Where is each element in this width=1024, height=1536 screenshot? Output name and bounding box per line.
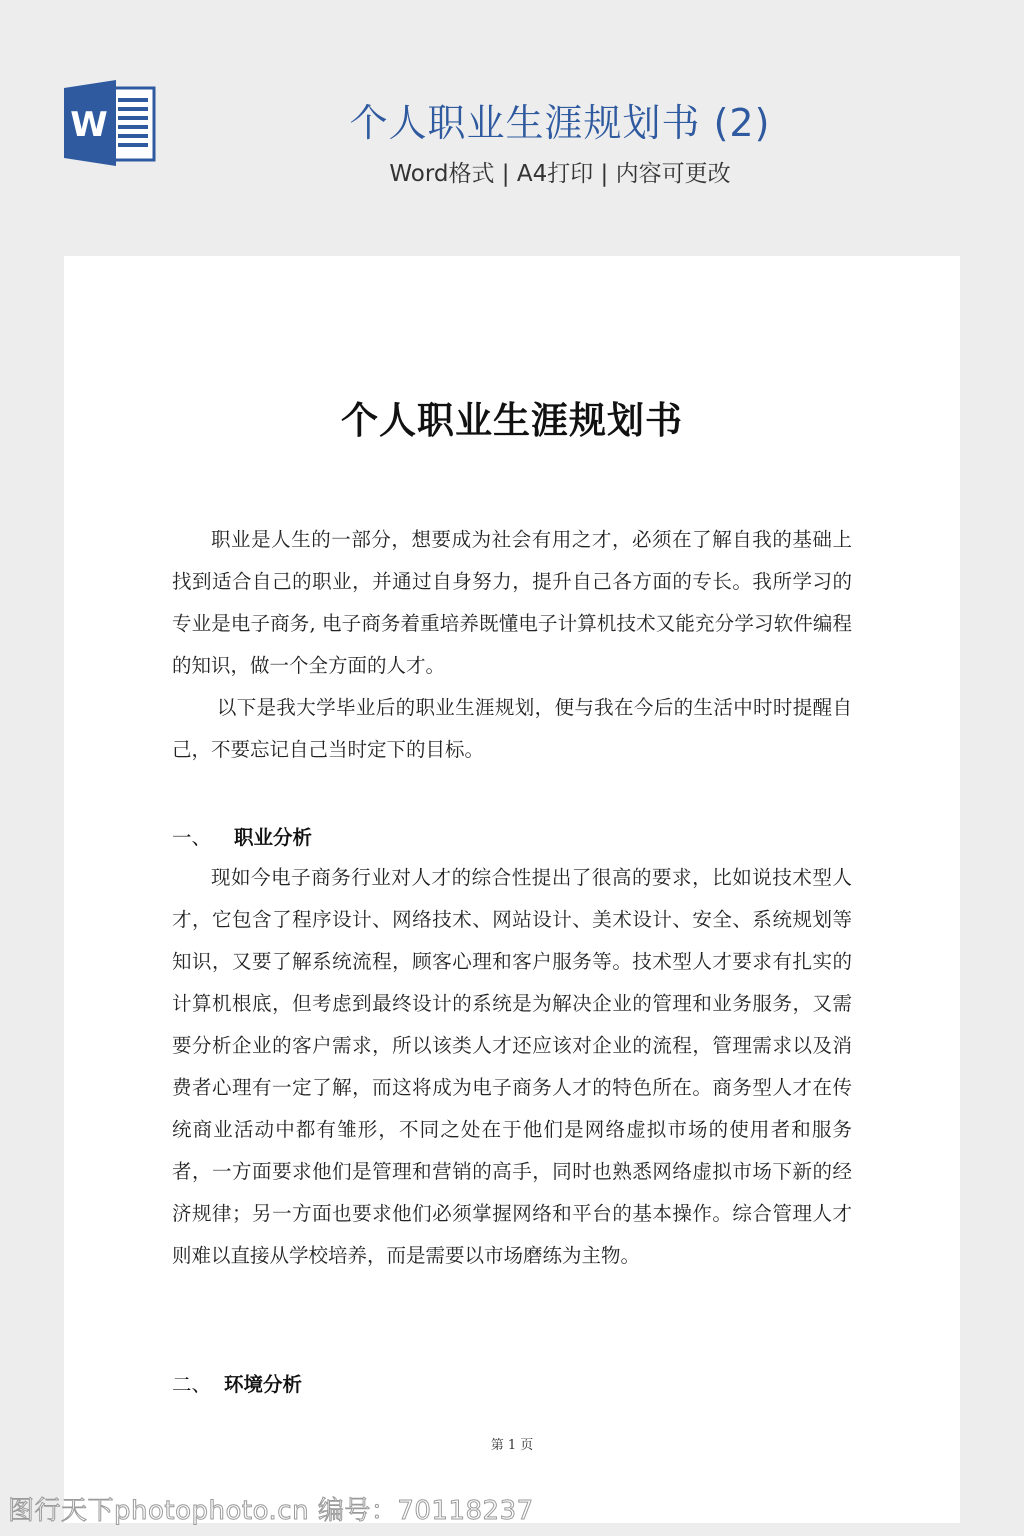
document-page: 个人职业生涯规划书 职业是人生的一部分，想要成为社会有用之才，必须在了解自我的基… [64,256,960,1523]
header-title: 个人职业生涯规划书 (2) [300,92,820,147]
intro-paragraph: 职业是人生的一部分，想要成为社会有用之才，必须在了解自我的基础上找到适合自己的职… [172,519,852,687]
word-document-icon: W [64,80,156,166]
section-heading-text: 环境分析 [224,1373,302,1396]
section-heading-text: 职业分析 [234,826,312,849]
intro-paragraph: 以下是我大学毕业后的职业生涯规划，便与我在今后的生活中时时提醒自己，不要忘记自己… [172,687,852,771]
section-heading-career-analysis: 一、职业分析 [172,822,312,850]
watermark: 图行天下photophoto.cn 编号：70118237 [8,1490,534,1527]
header: W 个人职业生涯规划书 (2) Word格式 | A4打印 | 内容可更改 [0,0,1024,256]
page-number: 第 1 页 [64,1434,960,1453]
career-analysis-section: 现如今电子商务行业对人才的综合性提出了很高的要求，比如说技术型人才，它包含了程序… [172,857,852,1277]
svg-text:W: W [70,105,108,145]
header-subtitle: Word格式 | A4打印 | 内容可更改 [300,155,820,188]
document-title: 个人职业生涯规划书 [64,390,960,444]
section-number: 二、 [172,1369,224,1397]
section-heading-environment-analysis: 二、环境分析 [172,1369,302,1397]
intro-section: 职业是人生的一部分，想要成为社会有用之才，必须在了解自我的基础上找到适合自己的职… [172,519,852,771]
section-number: 一、 [172,822,234,850]
section-paragraph: 现如今电子商务行业对人才的综合性提出了很高的要求，比如说技术型人才，它包含了程序… [172,857,852,1277]
